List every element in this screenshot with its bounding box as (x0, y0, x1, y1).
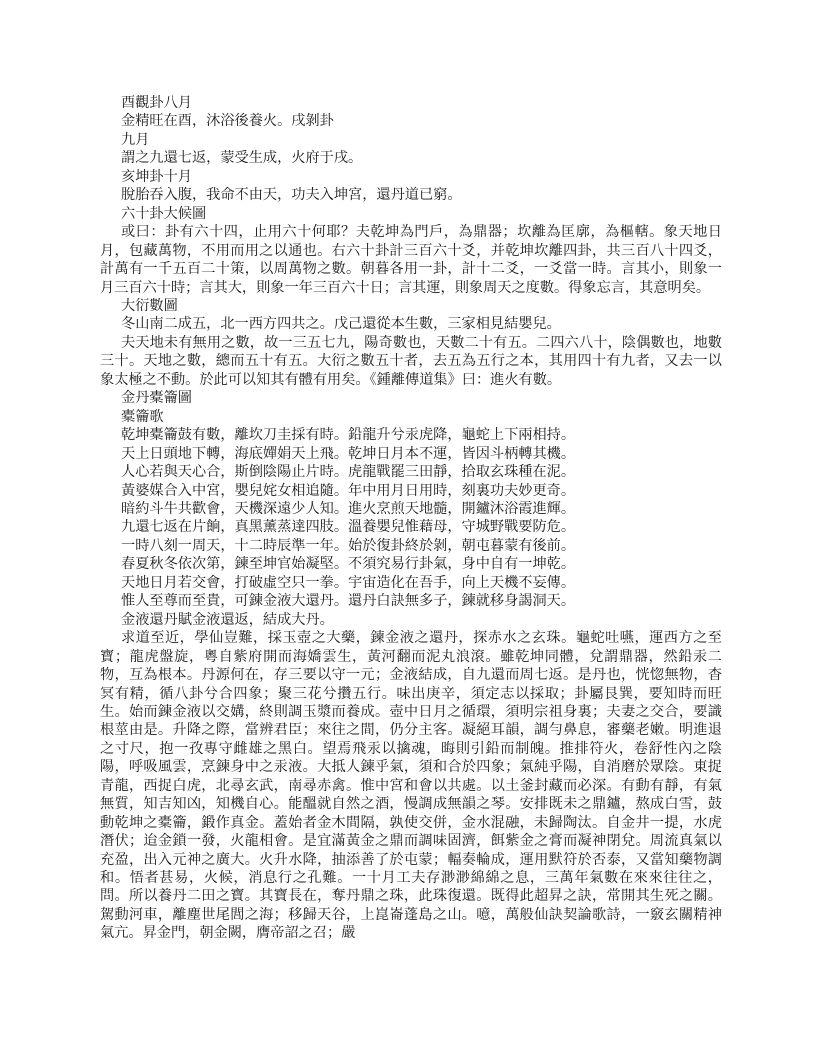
verse-line: 一時八刻一周天，十二時辰準一年。始於復卦終於剝，朝屯暮蒙有後前。 (100, 537, 722, 555)
heading-dayan-chart: 大衍數圖 (100, 297, 722, 315)
document-page: 酉觀卦八月 金精旺在酉，沐浴後養火。戌剝卦 九月 謂之九還七返，蒙受生成，火府于… (100, 94, 722, 943)
verse-line: 黃婆媒合入中宮，嬰兒姹女相追隨。年中用月日用時，刻裏功夫妙更奇。 (100, 482, 722, 500)
heading-tuoyue-song: 橐籥歌 (100, 408, 722, 426)
heading-ninth-month: 九月 (100, 131, 722, 149)
text-line: 金精旺在酉，沐浴後養火。戌剝卦 (100, 112, 722, 130)
text-line: 脫胎吞入腹，我命不由天，功夫入坤宮，還丹道已窮。 (100, 186, 722, 204)
verse-line: 惟人至尊而至貴，可鍊金液大還丹。還丹白訣無多子，鍊就移身謁洞天。 (100, 592, 722, 610)
body-paragraph: 求道至近，學仙豈難，採玉壺之大藥，鍊金液之還丹，探赤水之玄珠。龜蛇吐嚥，運西方之… (100, 629, 722, 943)
heading-sixty-gua-chart: 六十卦大候圖 (100, 205, 722, 223)
verse-line: 天地日月若交會，打破虛空只一拳。宇宙造化在吾手，向上天機不妄傳。 (100, 574, 722, 592)
body-paragraph: 夫天地未有無用之數，故一三五七九，陽奇數也，天數二十有五。二四六八十，陰偶數也，… (100, 334, 722, 389)
verse-line: 春夏秋冬依次第，鍊至坤官始凝堅。不須究易行卦氣，身中自有一坤乾。 (100, 555, 722, 573)
verse-line: 乾坤橐籥鼓有數，離坎刀圭採有時。鉛龍升兮汞虎降，龜蛇上下兩相持。 (100, 426, 722, 444)
heading-hai-kun-gua: 亥坤卦十月 (100, 168, 722, 186)
text-line: 謂之九還七返，蒙受生成，火府于戌。 (100, 149, 722, 167)
verse-line: 人心若與天心合，斯倒陰陽止片時。虎龍戰罷三田靜，拾取玄珠種在泥。 (100, 463, 722, 481)
body-paragraph: 冬山南二成五，北一西方四共之。戊己還從本生數，三家相見結嬰兒。 (100, 315, 722, 333)
verse-line: 天上日頭地下轉，海底嬋娟天上飛。乾坤日月本不運，皆因斗柄轉其機。 (100, 445, 722, 463)
verse-line: 九還七返在片餉，真黑薰蒸達四肢。溫養嬰兒惟藉母，守城野戰要防危。 (100, 518, 722, 536)
verse-line: 暗約斗牛共歡會，天機深遠少人知。進火烹煎天地髓，開鑪沐浴霞進輝。 (100, 500, 722, 518)
heading-jinye-huandan-fu: 金液還丹賦金液還返，結成大丹。 (100, 611, 722, 629)
body-paragraph: 或曰：卦有六十四，止用六十何耶？夫乾坤為門戶，為鼎器；坎離為匡廓，為樞轄。象天地… (100, 223, 722, 297)
heading-you-guan-gua: 酉觀卦八月 (100, 94, 722, 112)
heading-jindan-tuoyue-chart: 金丹橐籥圖 (100, 389, 722, 407)
